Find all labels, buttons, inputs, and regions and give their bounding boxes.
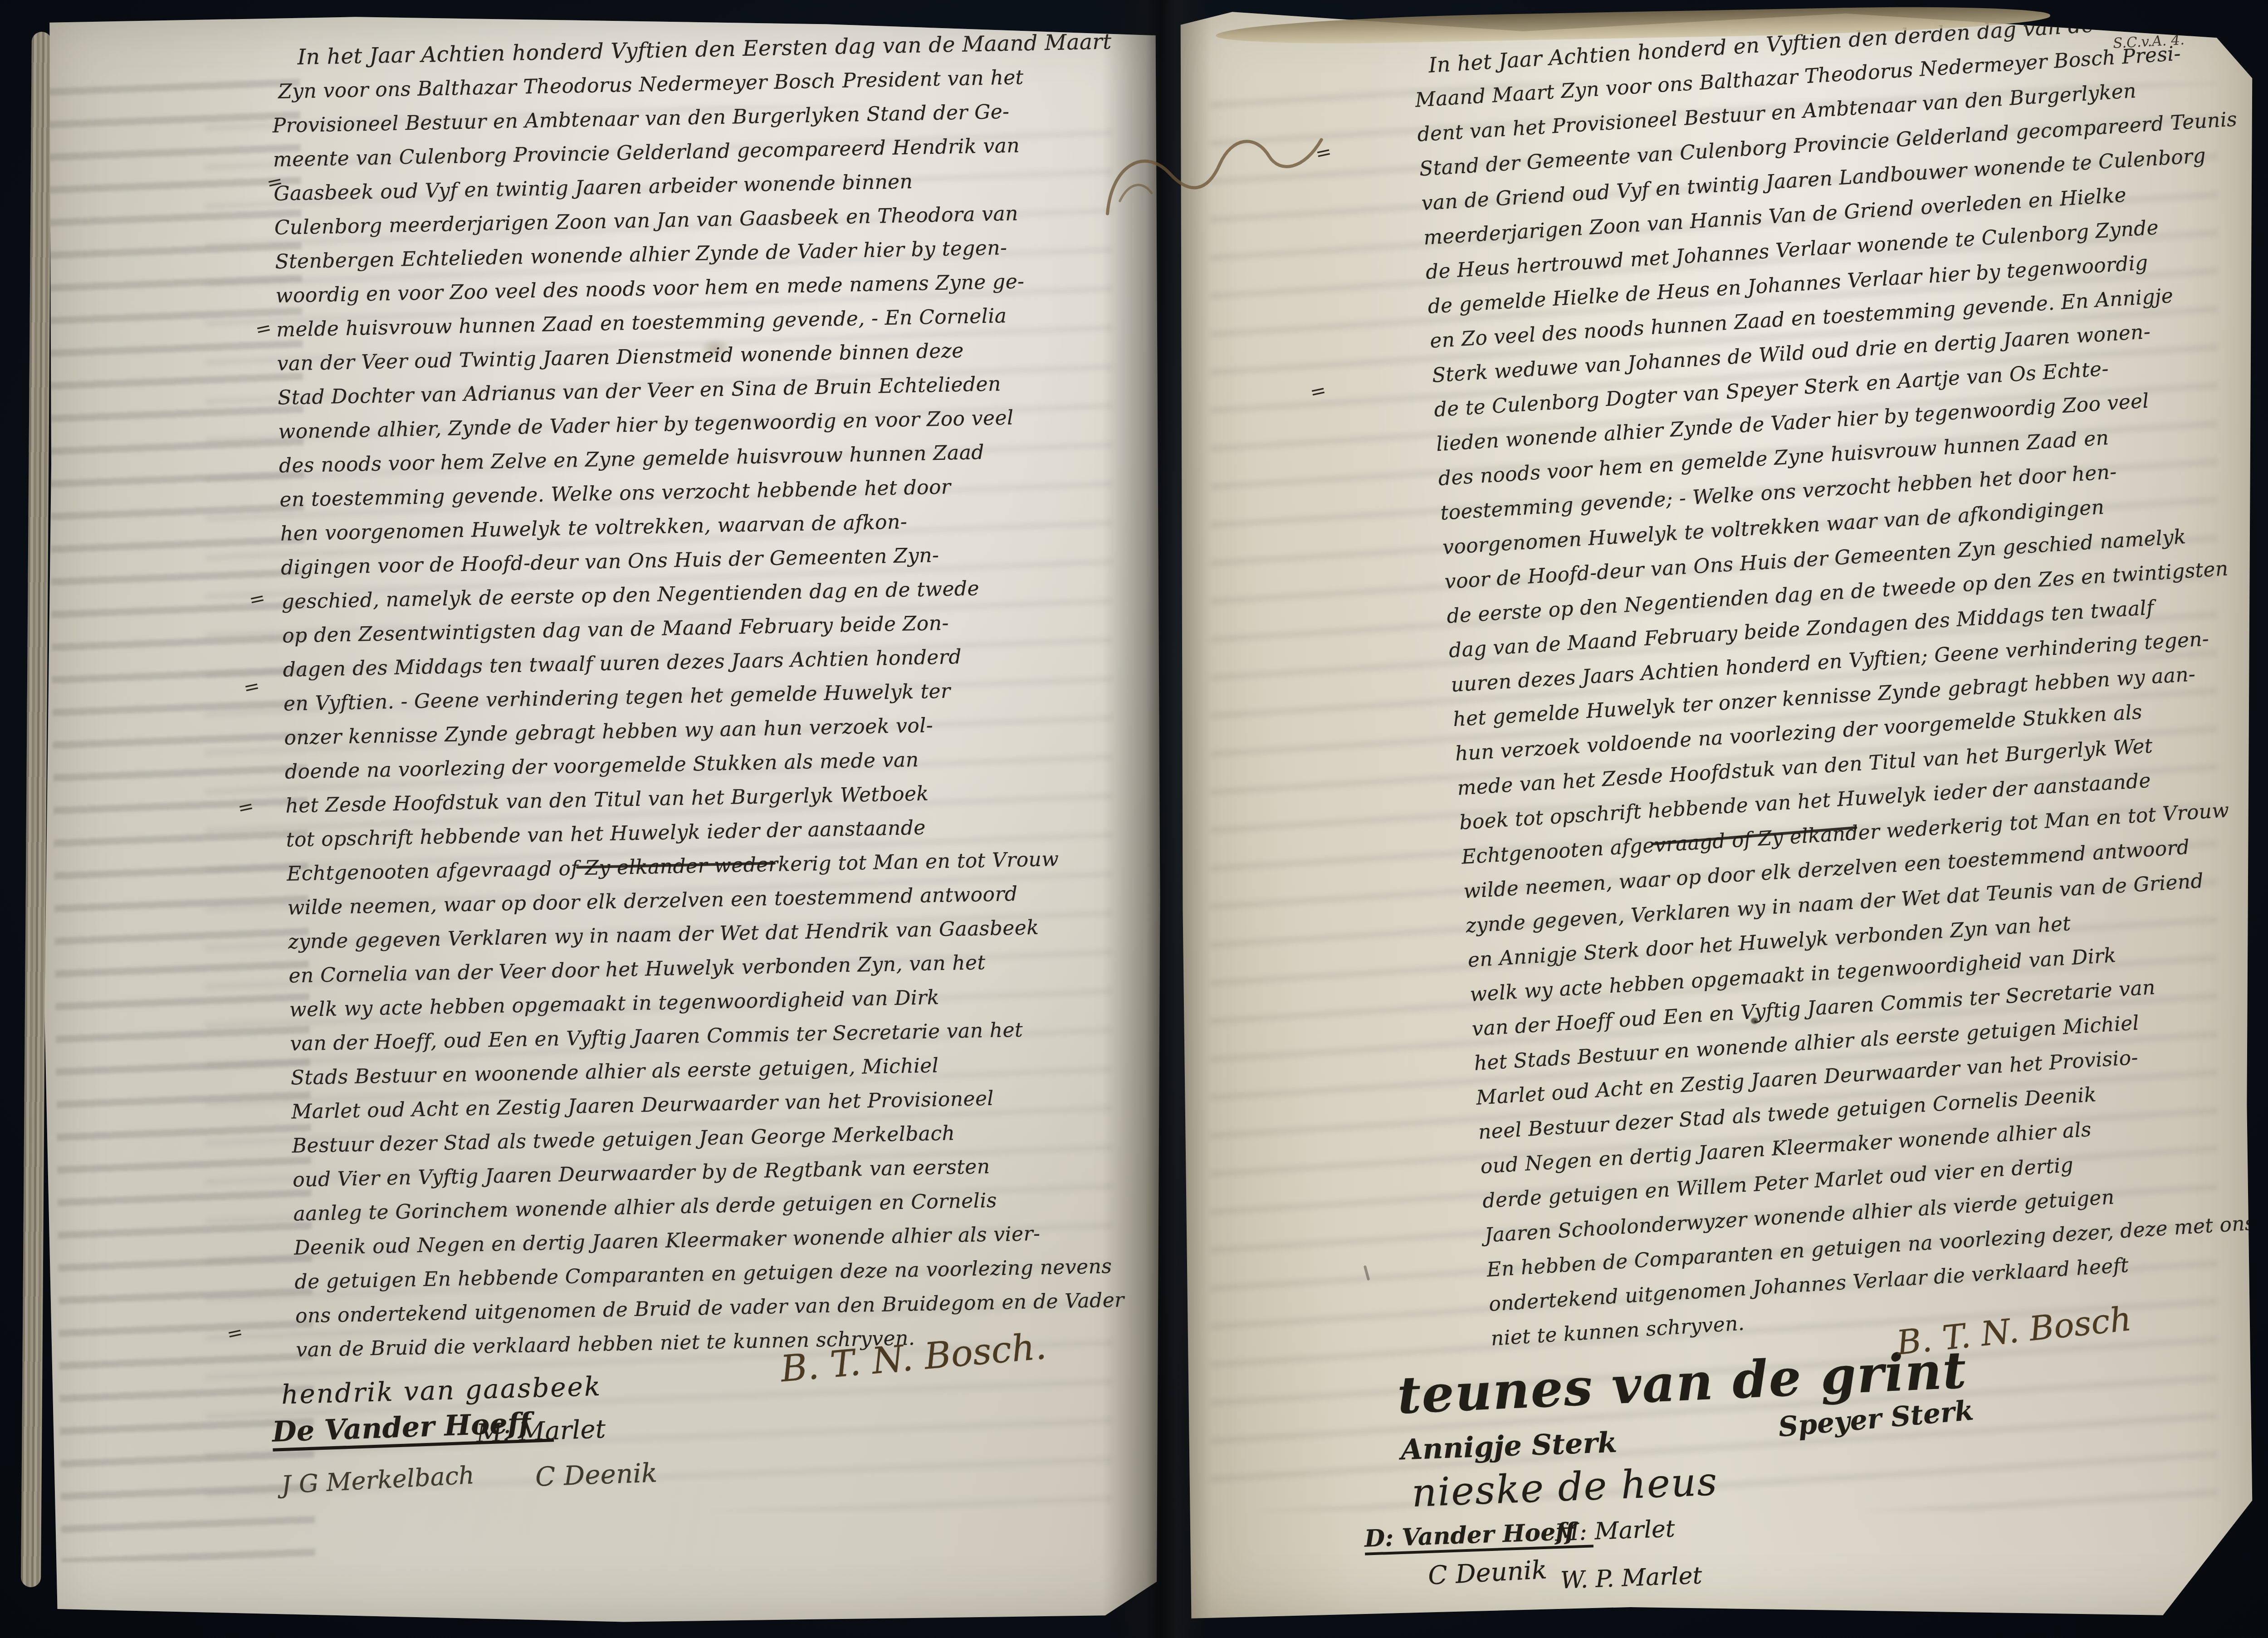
- margin-paragraph-mark: =: [253, 316, 274, 341]
- margin-paragraph-mark: =: [225, 1321, 245, 1345]
- right-page: S.C.v.A. 4. In het Jaar Achtien honderd …: [1178, 5, 2254, 1622]
- signature-groom-gaasbeek: hendrik van gaasbeek: [281, 1371, 602, 1410]
- pencil-mark: [1364, 1265, 1370, 1281]
- left-page-act-text: In het Jaar Achtien honderd Vyftien den …: [271, 24, 1176, 1367]
- signature-witness-marlet: M: Marlet: [476, 1414, 606, 1448]
- margin-paragraph-mark: =: [247, 586, 267, 611]
- signature-witness-deenik: C Deunik: [1427, 1555, 1548, 1591]
- margin-paragraph-mark: =: [235, 795, 256, 819]
- margin-paragraph-mark: =: [1308, 379, 1328, 404]
- margin-paragraph-mark: =: [241, 674, 262, 699]
- signature-witness-marlet: M: Marlet: [1554, 1515, 1676, 1546]
- registry-book-photo: In het Jaar Achtien honderd Vyftien den …: [0, 0, 2268, 1638]
- left-page: In het Jaar Achtien honderd Vyftien den …: [42, 15, 1161, 1623]
- right-page-act-text: In het Jaar Achtien honderd en Vyftien d…: [1412, 0, 2268, 1356]
- signature-witness-deenik: C Deenik: [535, 1457, 658, 1492]
- signature-mother-nieske-de-heus: nieske de heus: [1411, 1459, 1719, 1516]
- ink-bleedthrough: [46, 72, 315, 1562]
- signature-bride-sterk: Annigje Sterk: [1400, 1426, 1618, 1467]
- signature-witness-wp-marlet: W. P. Marlet: [1560, 1562, 1702, 1594]
- signature-witness-merkelbach: J G Merkelbach: [281, 1461, 475, 1499]
